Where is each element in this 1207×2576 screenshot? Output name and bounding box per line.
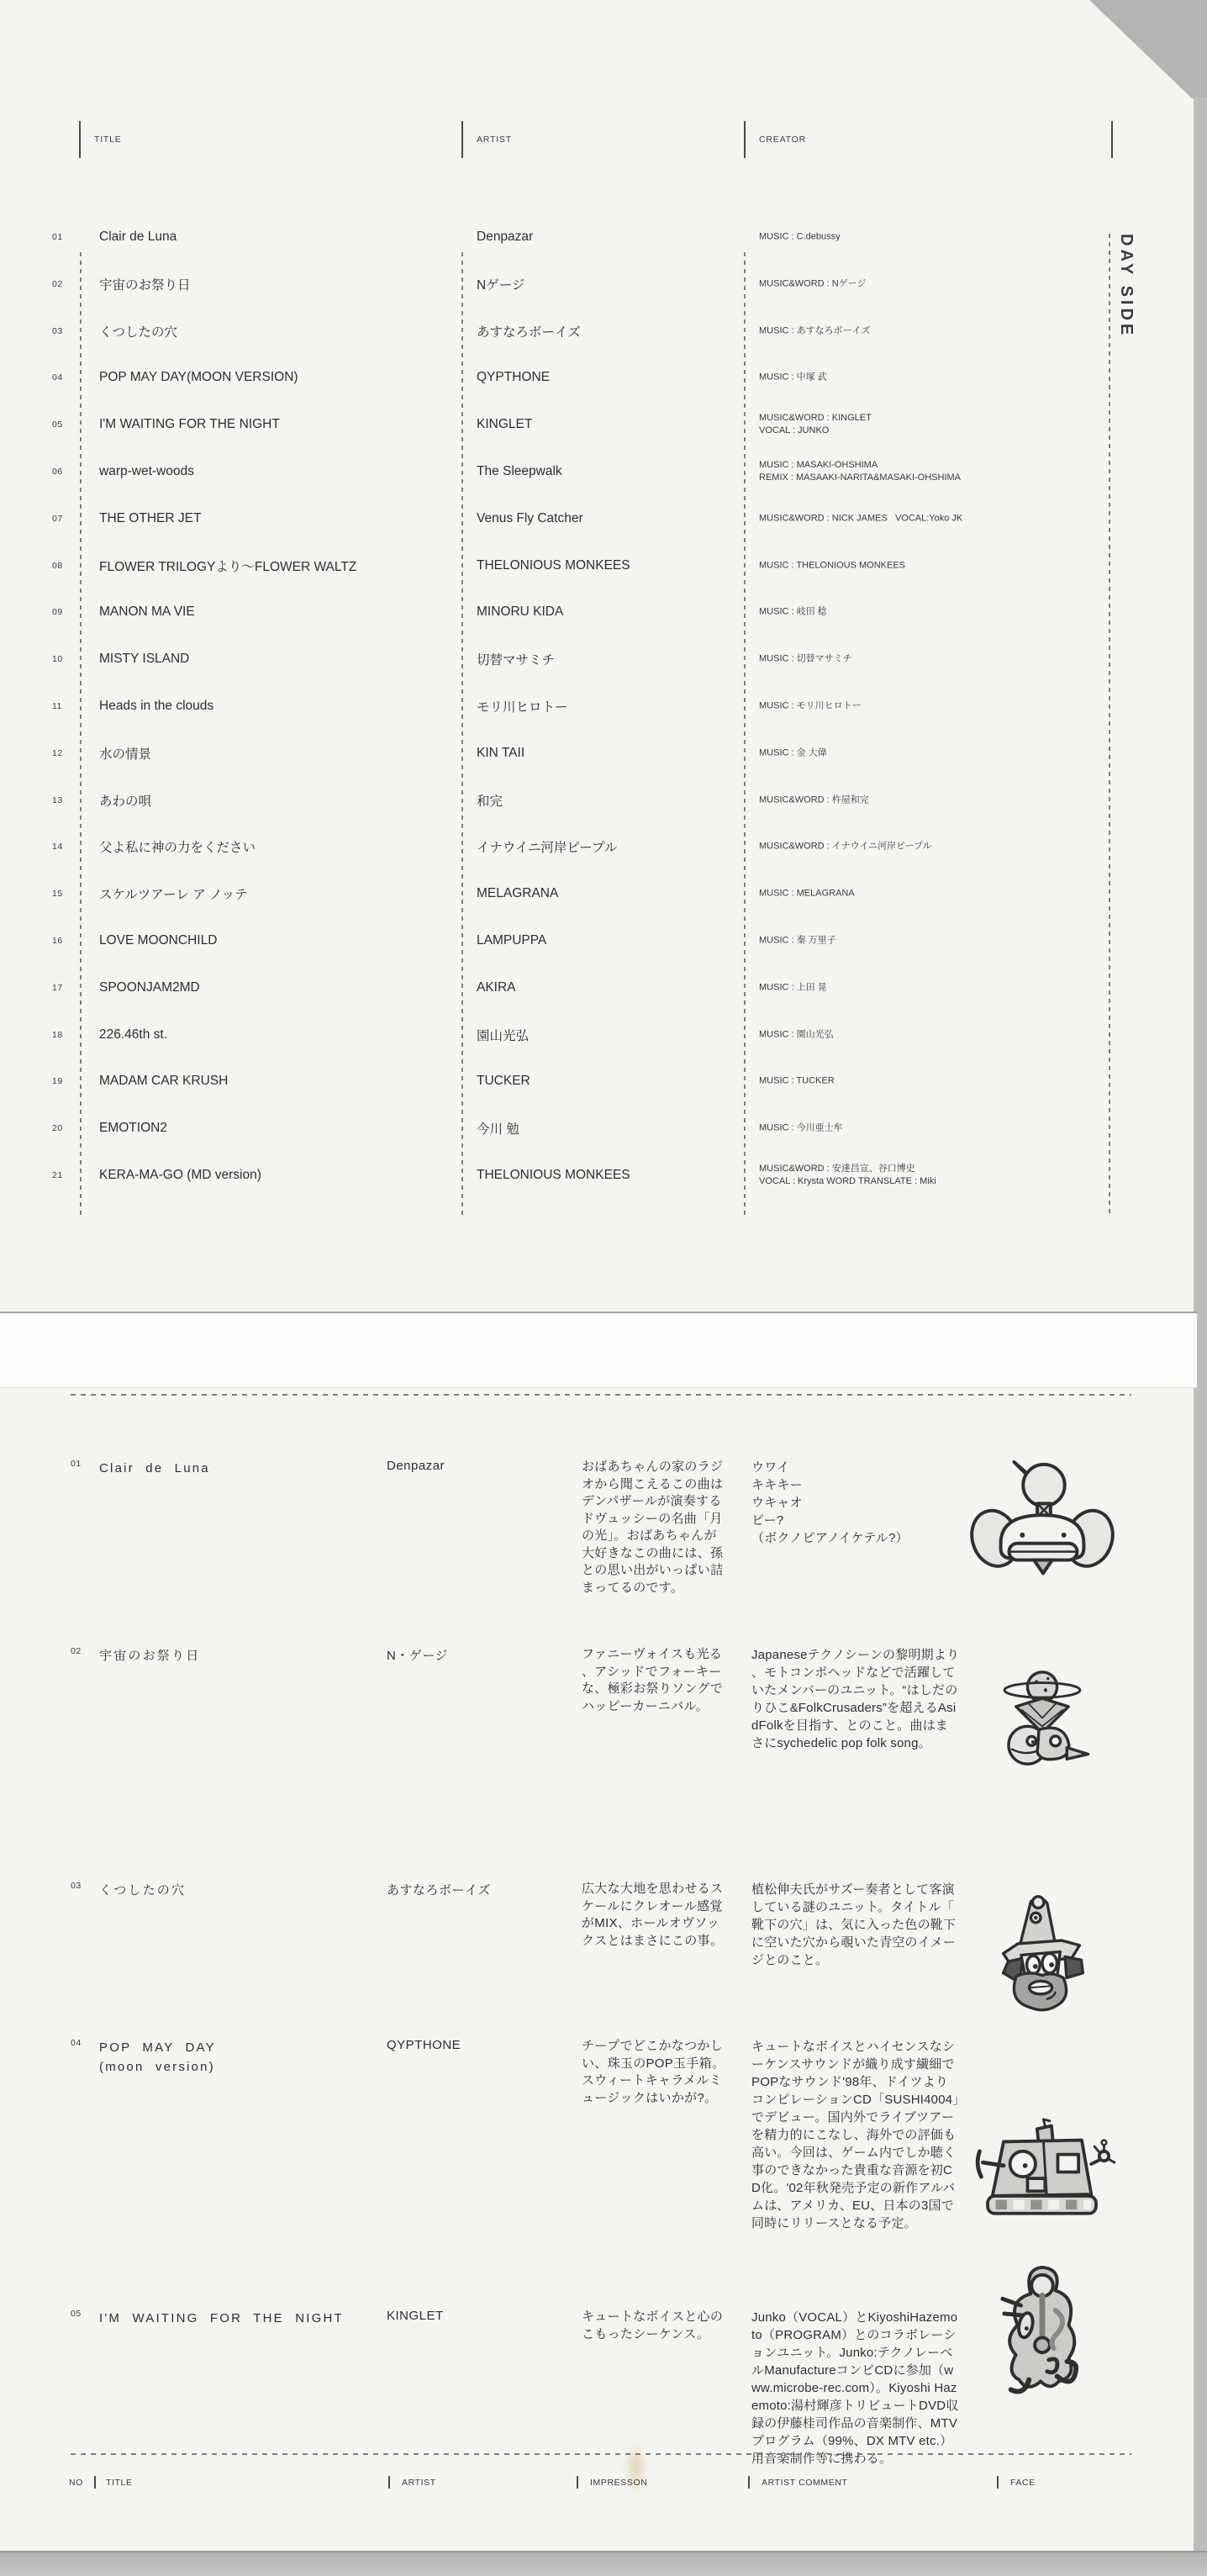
track-number: 10 (52, 654, 63, 664)
track-creator: MUSIC : 岐田 稔 (759, 606, 1108, 619)
duck-creature-illustration (967, 1457, 1117, 1598)
track-number: 06 (52, 467, 63, 477)
detail-artist-comment: キュートなボイスとハイセンスなシーケンスサウンドが織り成す繊細でPOPなサウンド… (751, 2038, 960, 2232)
detail-number: 03 (71, 1881, 82, 1891)
detail-artist: あすなろボーイズ (387, 1881, 567, 1898)
column-rule (79, 121, 81, 158)
detail-impression: おばあちゃんの家のラジオから聞こえるこの曲はデンパザールが演奏するドヴュッシーの… (582, 1459, 730, 1597)
footer-label-impresson: IMPRESSON (590, 2478, 647, 2488)
column-header-label: ARTIST (477, 135, 512, 145)
footer-label-no: NO (69, 2478, 83, 2488)
track-creator: MUSIC : TUCKER (759, 1075, 1108, 1088)
track-artist: MINORU KIDA (477, 604, 563, 620)
table-row: 08 FLOWER TRILOGYより～FLOWER WALTZ THELONI… (0, 542, 1207, 589)
bearded-wizard-illustration (993, 1893, 1092, 2015)
track-artist: THELONIOUS MONKEES (477, 558, 630, 573)
track-number: 16 (52, 936, 63, 946)
track-artist: あすなろボーイズ (477, 322, 581, 340)
scanned-booklet: TITLE ARTIST CREATOR DAY SIDE 01 Clair d… (0, 0, 1207, 2576)
track-artist: QYPTHONE (477, 370, 550, 385)
track-artist: THELONIOUS MONKEES (477, 1168, 630, 1183)
track-title: 226.46th st. (99, 1027, 167, 1043)
track-artist: 切替マサミチ (477, 650, 555, 668)
face-illustration-cell (958, 2118, 1126, 2225)
track-creator: MUSIC : 切替マサミチ (759, 653, 1108, 666)
track-creator: MUSIC&WORD : KINGLET VOCAL : JUNKO (759, 412, 1108, 437)
track-creator: MUSIC : C.debussy (759, 231, 1108, 244)
page-edge-gap (0, 1312, 1197, 1388)
column-rule (1111, 121, 1113, 158)
detail-impression: チープでどこかなつかしい、珠玉のPOP玉手箱。スウィートキャラメルミュージックは… (582, 2038, 730, 2107)
track-creator: MUSIC&WORD : 安達昌宣、谷口博史 VOCAL : Krysta WO… (759, 1163, 1108, 1188)
track-creator: MUSIC : 金 大偉 (759, 747, 1108, 759)
face-illustration-cell (958, 2262, 1126, 2407)
table-row: 18 226.46th st. 園山光弘 MUSIC : 園山光弘 (0, 1011, 1207, 1058)
track-number: 01 (52, 232, 63, 242)
track-artist: モリ川ヒロトー (477, 697, 568, 715)
detail-title: 宇宙のお祭り日 (99, 1646, 377, 1665)
track-number: 18 (52, 1030, 63, 1040)
table-row: 14 父よ私に神の力をください イナウイニ河岸ピープル MUSIC&WORD :… (0, 823, 1207, 870)
track-artist: Denpazar (477, 230, 533, 245)
table-row: 10 MISTY ISLAND 切替マサミチ MUSIC : 切替マサミチ (0, 636, 1207, 683)
section-divider-dashed (71, 1394, 1131, 1396)
detail-artist-comment: Junko（VOCAL）とKiyoshiHazemoto（PROGRAM）とのコ… (751, 2309, 960, 2468)
table-row: 04 POP MAY DAY(MOON VERSION) QYPTHONE MU… (0, 354, 1207, 401)
table-row: 17 SPOONJAM2MD AKIRA MUSIC : 上田 晃 (0, 964, 1207, 1011)
track-artist: イナウイニ河岸ピープル (477, 837, 617, 856)
detail-number: 05 (71, 2309, 82, 2319)
track-number: 02 (52, 279, 63, 289)
track-title: 父よ私に神の力をください (99, 837, 256, 856)
track-title: I'M WAITING FOR THE NIGHT (99, 417, 280, 432)
footer-label-artist: ARTIST (402, 2478, 436, 2488)
face-illustration-cell (958, 1457, 1126, 1598)
table-row: 15 スケルツアーレ ア ノッテ MELAGRANA MUSIC : MELAG… (0, 870, 1207, 917)
saturn-totem-illustration (983, 1667, 1101, 1770)
details-footer: NO TITLE ARTIST IMPRESSON ARTIST COMMENT… (0, 2475, 1207, 2494)
track-title: POP MAY DAY(MOON VERSION) (99, 370, 298, 385)
track-artist: Nゲージ (477, 275, 524, 293)
track-creator: MUSIC&WORD : NICK JAMES VOCAL:Yoko JK (759, 512, 1108, 525)
track-artist: Venus Fly Catcher (477, 511, 583, 526)
table-row: 19 MADAM CAR KRUSH TUCKER MUSIC : TUCKER (0, 1058, 1207, 1105)
track-creator: MUSIC : MASAKI-OHSHIMA REMIX : MASAAKI-N… (759, 459, 1108, 484)
detail-title: POP MAY DAY (moon version) (99, 2038, 377, 2077)
track-number: 12 (52, 748, 63, 758)
footer-label-face: FACE (1010, 2478, 1036, 2488)
scanner-background-bottom-edge (0, 2551, 1207, 2576)
table-row: 02 宇宙のお祭り日 Nゲージ MUSIC&WORD : Nゲージ (0, 261, 1207, 308)
detail-artist: QYPTHONE (387, 2038, 567, 2052)
track-title: EMOTION2 (99, 1121, 167, 1136)
column-rule (744, 121, 746, 158)
track-title: 水の情景 (99, 744, 151, 763)
table-row: 11 Heads in the clouds モリ川ヒロトー MUSIC : モ… (0, 683, 1207, 730)
squid-creature-illustration (996, 2262, 1088, 2407)
table-row: 21 KERA-MA-GO (MD version) THELONIOUS MO… (0, 1152, 1207, 1199)
track-artist: 和完 (477, 791, 503, 810)
track-artist: MELAGRANA (477, 886, 558, 901)
detail-artist: KINGLET (387, 2309, 567, 2323)
track-title: THE OTHER JET (99, 511, 201, 526)
track-number: 09 (52, 607, 63, 617)
track-number: 13 (52, 795, 63, 805)
track-creator: MUSIC : 上田 晃 (759, 981, 1108, 994)
track-artist: LAMPUPPA (477, 933, 546, 948)
track-title: KERA-MA-GO (MD version) (99, 1168, 261, 1183)
table-row: 12 水の情景 KIN TAII MUSIC : 金 大偉 (0, 730, 1207, 777)
footer-label-title: TITLE (106, 2478, 133, 2488)
track-artist: The Sleepwalk (477, 464, 562, 479)
track-creator: MUSIC : モリ川ヒロトー (759, 700, 1108, 713)
detail-number: 01 (71, 1459, 82, 1469)
detail-impression: キュートなボイスと心のこもったシーケンス。 (582, 2309, 730, 2343)
track-number: 04 (52, 372, 63, 383)
track-number: 11 (52, 701, 62, 711)
track-artist: 園山光弘 (477, 1026, 529, 1044)
table-row: 16 LOVE MOONCHILD LAMPUPPA MUSIC : 秦 万里子 (0, 917, 1207, 964)
table-row: 06 warp-wet-woods The Sleepwalk MUSIC : … (0, 448, 1207, 495)
track-title: SPOONJAM2MD (99, 980, 200, 995)
footer-rule (388, 2476, 390, 2489)
track-title: FLOWER TRILOGYより～FLOWER WALTZ (99, 557, 356, 575)
track-artist: AKIRA (477, 980, 516, 995)
track-number: 14 (52, 842, 63, 852)
track-creator: MUSIC : 秦 万里子 (759, 935, 1108, 948)
table-row: 09 MANON MA VIE MINORU KIDA MUSIC : 岐田 稔 (0, 589, 1207, 636)
track-creator: MUSIC&WORD : イナウイニ河岸ピープル (759, 841, 1108, 853)
track-title: MANON MA VIE (99, 604, 195, 620)
track-number: 20 (52, 1123, 63, 1133)
footer-rule (577, 2476, 578, 2489)
track-creator: MUSIC : MELAGRANA (759, 888, 1108, 900)
detail-title: I'M WAITING FOR THE NIGHT (99, 2309, 377, 2328)
track-artist: 今川 勉 (477, 1119, 519, 1138)
face-illustration-cell (958, 1667, 1126, 1770)
detail-impression: 広大な大地を思わせるスケールにクレオール感覚がMIX、ホールオヴソックスとはまさ… (582, 1881, 730, 1950)
table-row: 03 くつしたの穴 あすなろボーイズ MUSIC : あすなろボーイズ (0, 308, 1207, 355)
track-number: 15 (52, 889, 63, 899)
track-creator: MUSIC : あすなろボーイズ (759, 325, 1108, 337)
track-creator: MUSIC : 中塚 武 (759, 372, 1108, 384)
column-header-label: TITLE (94, 135, 122, 145)
column-header-label: CREATOR (759, 135, 806, 145)
track-creator: MUSIC : 園山光弘 (759, 1028, 1108, 1041)
track-number: 08 (52, 561, 63, 571)
track-title: Clair de Luna (99, 230, 177, 245)
robot-illustration (968, 2118, 1116, 2225)
track-title: MISTY ISLAND (99, 652, 189, 667)
detail-number: 02 (71, 1646, 82, 1656)
detail-artist: N・ゲージ (387, 1646, 567, 1664)
table-row: 01 Clair de Luna Denpazar MUSIC : C.debu… (0, 214, 1207, 261)
detail-number: 04 (71, 2038, 82, 2048)
footer-label-artist-comment: ARTIST COMMENT (762, 2478, 848, 2488)
detail-title: くつしたの穴 (99, 1881, 377, 1900)
track-number: 05 (52, 420, 63, 430)
track-creator: MUSIC&WORD : Nゲージ (759, 277, 1108, 290)
detail-impression: ファニーヴォイスも光る、アシッドでフォーキーな、極彩お祭りソングでハッピーカーニ… (582, 1646, 730, 1715)
track-title: MADAM CAR KRUSH (99, 1074, 228, 1089)
track-number: 21 (52, 1170, 63, 1180)
track-title: 宇宙のお祭り日 (99, 275, 191, 293)
detail-artist-comment: ウワイ キキキー ウキャオ ピー? （ボクノピアノイケテル?） (751, 1459, 960, 1547)
track-title: warp-wet-woods (99, 464, 194, 479)
table-row: 05 I'M WAITING FOR THE NIGHT KINGLET MUS… (0, 401, 1207, 448)
column-rule (461, 121, 463, 158)
detail-artist: Denpazar (387, 1459, 567, 1473)
track-artist: TUCKER (477, 1074, 530, 1089)
detail-artist-comment: Japaneseテクノシーンの黎明期より、モトコンポヘッドなどで活躍していたメン… (751, 1646, 960, 1752)
footer-rule (748, 2476, 750, 2489)
footer-rule (997, 2476, 999, 2489)
face-illustration-cell (958, 1893, 1126, 2015)
track-artist: KIN TAII (477, 746, 524, 761)
track-number: 17 (52, 983, 63, 993)
track-title: LOVE MOONCHILD (99, 933, 217, 948)
track-title: くつしたの穴 (99, 322, 177, 340)
detail-title: Clair de Luna (99, 1459, 377, 1478)
track-title: Heads in the clouds (99, 699, 213, 714)
track-number: 07 (52, 514, 63, 524)
track-title: スケルツアーレ ア ノッテ (99, 884, 247, 903)
footer-divider-dashed (71, 2453, 1131, 2455)
table-row: 20 EMOTION2 今川 勉 MUSIC : 今川亜士牟 (0, 1105, 1207, 1152)
track-creator: MUSIC&WORD : 杵屋和完 (759, 794, 1108, 806)
track-title: あわの唄 (99, 791, 151, 810)
table-row: 13 あわの唄 和完 MUSIC&WORD : 杵屋和完 (0, 777, 1207, 824)
scanner-background-corner (1089, 0, 1207, 99)
track-number: 03 (52, 326, 63, 336)
footer-rule (94, 2476, 96, 2489)
track-artist: KINGLET (477, 417, 532, 432)
detail-artist-comment: 植松伸夫氏がサズー奏者として客演している謎のユニット。タイトル「靴下の穴」は、気… (751, 1881, 960, 1969)
track-creator: MUSIC : THELONIOUS MONKEES (759, 559, 1108, 572)
track-number: 19 (52, 1076, 63, 1086)
track-creator: MUSIC : 今川亜士牟 (759, 1122, 1108, 1135)
table-row: 07 THE OTHER JET Venus Fly Catcher MUSIC… (0, 495, 1207, 542)
